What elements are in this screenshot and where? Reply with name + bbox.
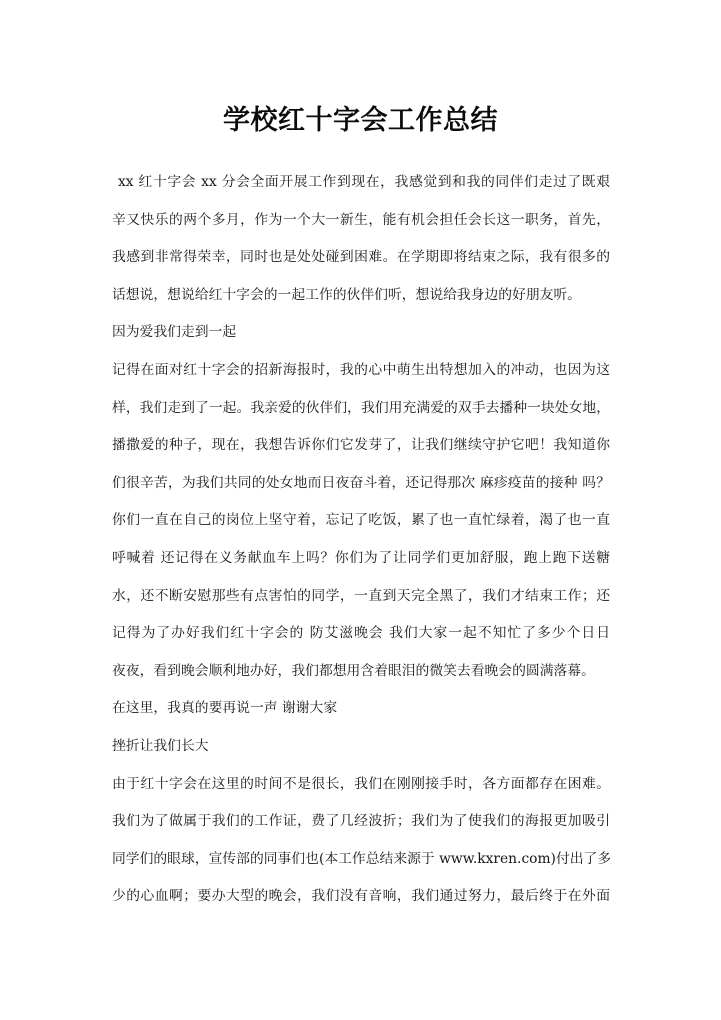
document-body: xx 红十字会 xx 分会全面开展工作到现在，我感觉到和我的同伴们走过了既艰 辛… [112,164,610,916]
paragraph-line: xx 红十字会 xx 分会全面开展工作到现在，我感觉到和我的同伴们走过了既艰 [112,164,610,202]
paragraph-line: 记得为了办好我们红十字会的 防艾滋晚会 我们大家一起不知忙了多少个日日 [112,615,610,653]
paragraph-line: 在这里，我真的要再说一声 谢谢大家 [112,690,610,728]
section-heading: 挫折让我们长大 [112,728,610,766]
paragraph-line: 水，还不断安慰那些有点害怕的同学，一直到天完全黑了，我们才结束工作；还 [112,578,610,616]
paragraph-line: 辛又快乐的两个多月，作为一个大一新生，能有机会担任会长这一职务，首先， [112,202,610,240]
paragraph-line: 们很辛苦，为我们共同的处女地而日夜奋斗着，还记得那次 麻疹疫苗的接种 吗？ [112,465,610,503]
paragraph-line: 我感到非常得荣幸，同时也是处处碰到困难。在学期即将结束之际，我有很多的 [112,239,610,277]
paragraph-line: 你们一直在自己的岗位上坚守着，忘记了吃饭，累了也一直忙绿着，渴了也一直 [112,502,610,540]
paragraph-line: 少的心血啊；要办大型的晚会，我们没有音响，我们通过努力，最后终于在外面 [112,878,610,916]
document-page: 学校红十字会工作总结 xx 红十字会 xx 分会全面开展工作到现在，我感觉到和我… [0,0,721,1020]
paragraph-line: 播撒爱的种子，现在，我想告诉你们它发芽了，让我们继续守护它吧！我知道你 [112,427,610,465]
paragraph-line: 样，我们走到了一起。我亲爱的伙伴们，我们用充满爱的双手去播种一块处女地， [112,390,610,428]
paragraph-line: 话想说，想说给红十字会的一起工作的伙伴们听，想说给我身边的好朋友听。 [112,277,610,315]
paragraph-line: 由于红十字会在这里的时间不是很长，我们在刚刚接手时，各方面都存在困难。 [112,766,610,804]
paragraph-line: 我们为了做属于我们的工作证，费了几经波折；我们为了使我们的海报更加吸引 [112,803,610,841]
paragraph-line: 夜夜，看到晚会顺利地办好，我们都想用含着眼泪的微笑去看晚会的圆满落幕。 [112,653,610,691]
section-heading: 因为爱我们走到一起 [112,314,610,352]
paragraph-line: 同学们的眼球，宣传部的同事们也(本工作总结来源于 www.kxren.com)付… [112,841,610,879]
paragraph-line: 呼喊着 还记得在义务献血车上吗？你们为了让同学们更加舒服，跑上跑下送糖 [112,540,610,578]
document-title: 学校红十字会工作总结 [0,105,721,136]
paragraph-line: 记得在面对红十字会的招新海报时，我的心中萌生出特想加入的冲动，也因为这 [112,352,610,390]
